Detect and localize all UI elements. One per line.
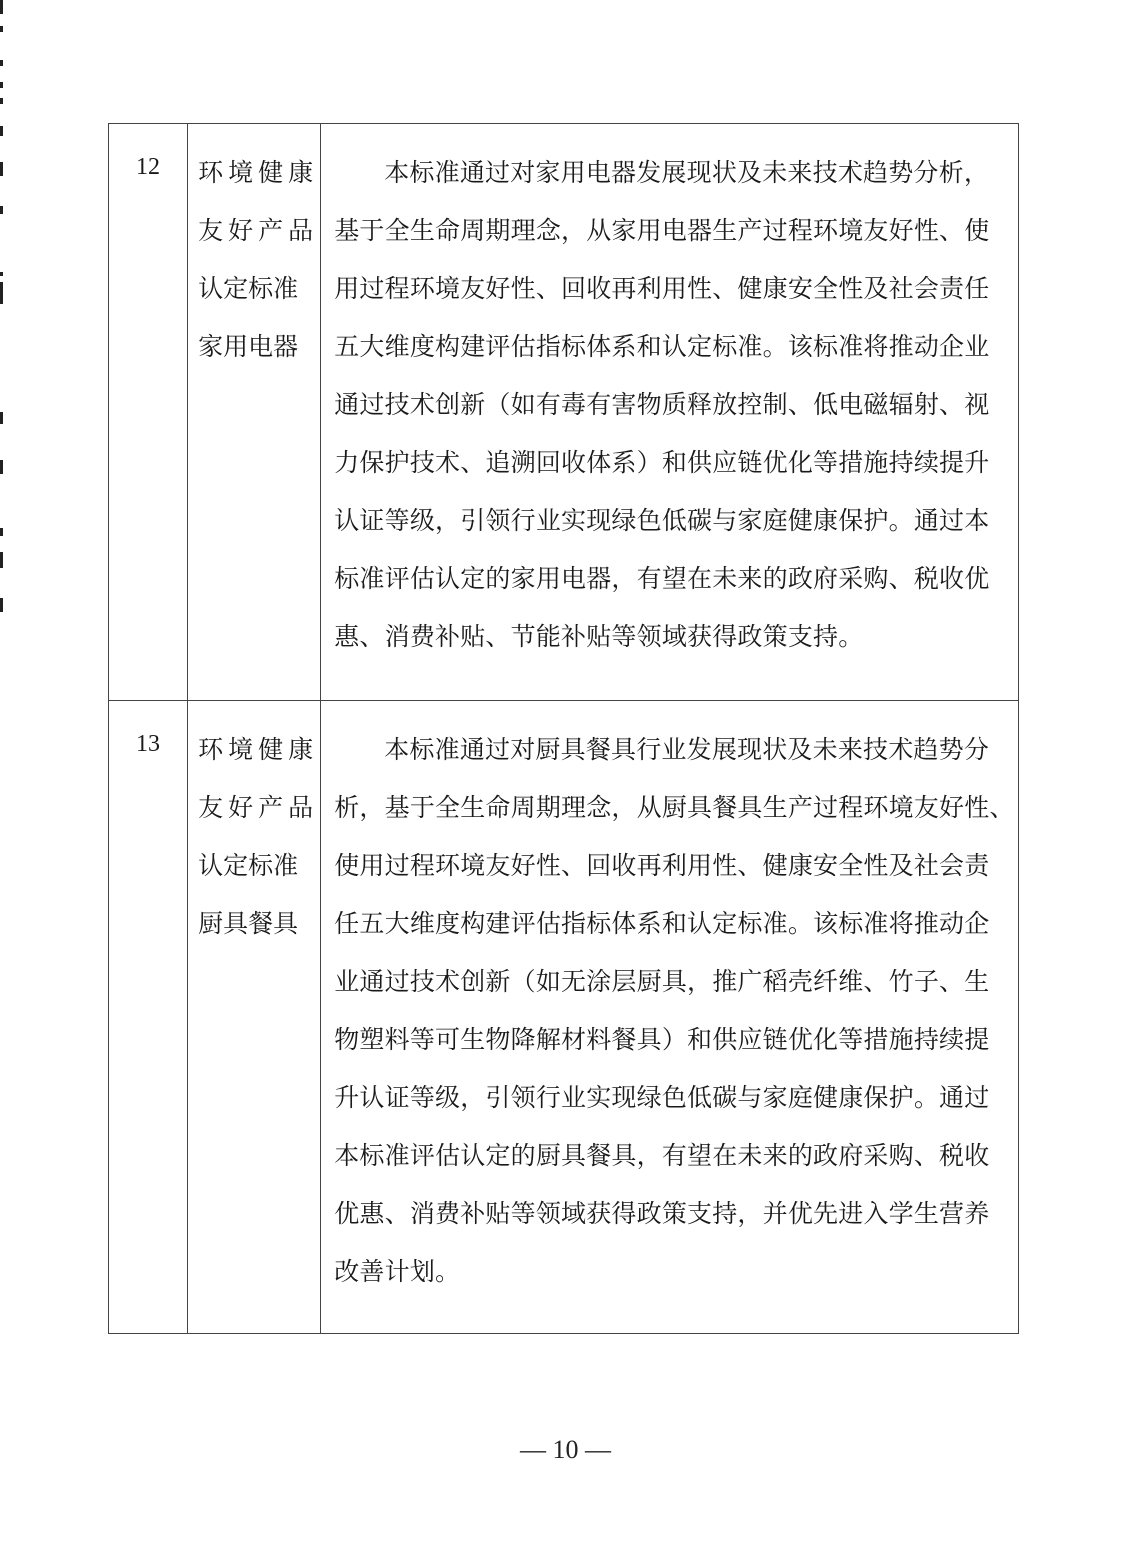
standard-name-line: 家用电器 (198, 318, 320, 376)
standard-name-line: 环境健康 (198, 721, 320, 779)
table-row: 12 环境健康 友好产品 认定标准 家用电器 本标准通过对家用电器发展现状及未来… (109, 124, 1019, 701)
row-number: 13 (109, 701, 188, 1334)
description-line: 业通过技术创新（如无涂层厨具，推广稻壳纤维、竹子、生 (334, 953, 1008, 1011)
standard-name: 环境健康 友好产品 认定标准 家用电器 (188, 124, 321, 701)
scan-mark (0, 272, 3, 276)
description-line: 任五大维度构建评估指标体系和认定标准。该标准将推动企 (334, 895, 1008, 953)
description-line: 通过技术创新（如有毒有害物质释放控制、低电磁辐射、视 (334, 376, 1008, 434)
description-line: 本标准评估认定的厨具餐具，有望在未来的政府采购、税收 (334, 1127, 1008, 1185)
description-line: 物塑料等可生物降解材料餐具）和供应链优化等措施持续提 (334, 1011, 1008, 1069)
table-row: 13 环境健康 友好产品 认定标准 厨具餐具 本标准通过对厨具餐具行业发展现状及… (109, 701, 1019, 1334)
standard-name: 环境健康 友好产品 认定标准 厨具餐具 (188, 701, 321, 1334)
description-line: 基于全生命周期理念，从家用电器生产过程环境友好性、使 (334, 202, 1008, 260)
description-line: 力保护技术、追溯回收体系）和供应链优化等措施持续提升 (334, 434, 1008, 492)
standard-name-line: 厨具餐具 (198, 895, 320, 953)
description-line: 升认证等级，引领行业实现绿色低碳与家庭健康保护。通过 (334, 1069, 1008, 1127)
scan-mark (0, 528, 3, 536)
description-line: 优惠、消费补贴等领域获得政策支持，并优先进入学生营养 (334, 1185, 1008, 1243)
standards-table: 12 环境健康 友好产品 认定标准 家用电器 本标准通过对家用电器发展现状及未来… (108, 123, 1019, 1334)
scan-mark (0, 162, 3, 176)
standard-name-line: 认定标准 (198, 260, 320, 318)
scan-mark (0, 26, 3, 32)
standard-name-line: 友好产品 (198, 202, 320, 260)
scan-mark (0, 82, 3, 88)
scan-mark (0, 598, 3, 612)
scan-mark (0, 282, 3, 304)
scan-mark (0, 460, 3, 474)
description-line: 析，基于全生命周期理念，从厨具餐具生产过程环境友好性、 (334, 779, 1008, 837)
scan-mark (0, 206, 3, 214)
standard-name-line: 环境健康 (198, 144, 320, 202)
description-line: 惠、消费补贴、节能补贴等领域获得政策支持。 (334, 608, 1008, 666)
description-line: 认证等级，引领行业实现绿色低碳与家庭健康保护。通过本 (334, 492, 1008, 550)
row-number: 12 (109, 124, 188, 701)
scan-binding-marks (0, 0, 6, 660)
scan-mark (0, 126, 3, 136)
standard-name-line: 友好产品 (198, 779, 320, 837)
scan-mark (0, 552, 3, 568)
standard-name-line: 认定标准 (198, 837, 320, 895)
scan-mark (0, 98, 3, 104)
description-line: 五大维度构建评估指标体系和认定标准。该标准将推动企业 (334, 318, 1008, 376)
scan-mark (0, 60, 3, 66)
scan-mark (0, 412, 3, 424)
description-line: 改善计划。 (334, 1243, 1008, 1301)
standard-description: 本标准通过对家用电器发展现状及未来技术趋势分析， 基于全生命周期理念，从家用电器… (321, 124, 1019, 701)
scan-mark (0, 0, 3, 14)
page-number: — 10 — (0, 1435, 1131, 1465)
description-line: 标准评估认定的家用电器，有望在未来的政府采购、税收优 (334, 550, 1008, 608)
standard-description: 本标准通过对厨具餐具行业发展现状及未来技术趋势分 析，基于全生命周期理念，从厨具… (321, 701, 1019, 1334)
description-line: 用过程环境友好性、回收再利用性、健康安全性及社会责任 (334, 260, 1008, 318)
description-line: 本标准通过对家用电器发展现状及未来技术趋势分析， (334, 144, 1008, 202)
description-line: 使用过程环境友好性、回收再利用性、健康安全性及社会责 (334, 837, 1008, 895)
description-line: 本标准通过对厨具餐具行业发展现状及未来技术趋势分 (334, 721, 1008, 779)
